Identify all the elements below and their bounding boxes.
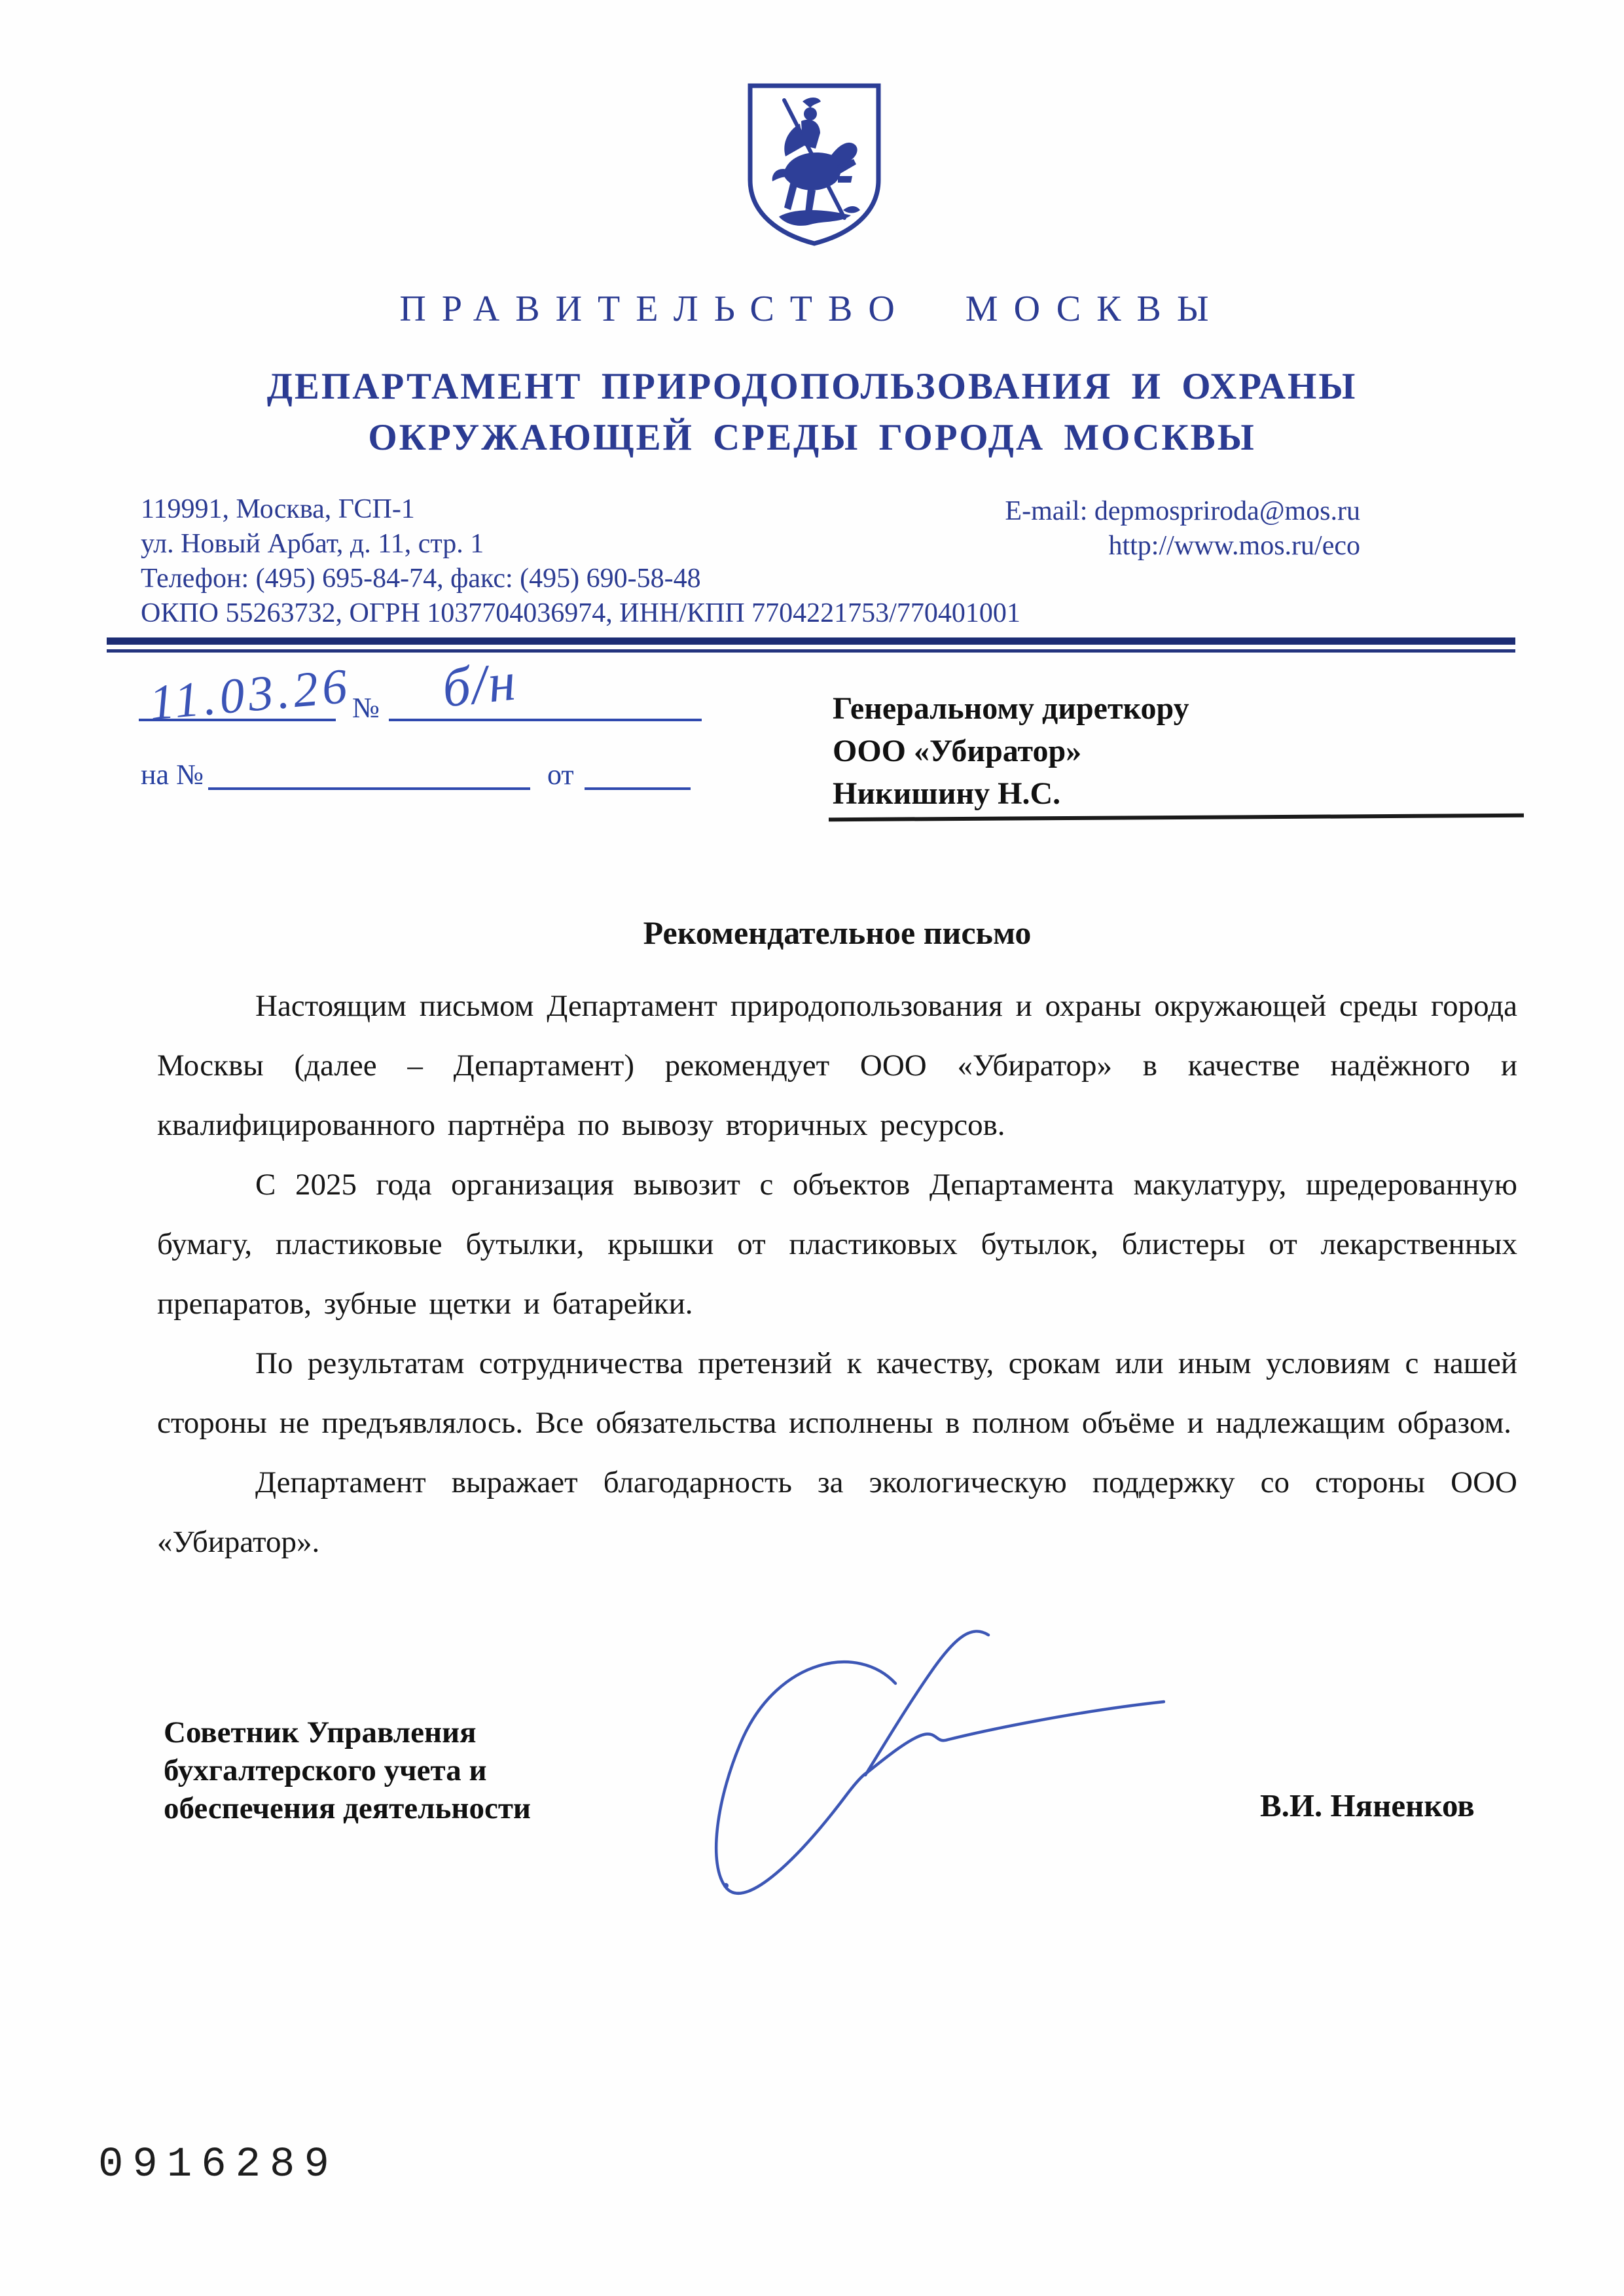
paragraph-2: С 2025 года организация вывозит с объект… <box>157 1155 1517 1334</box>
address-block: 119991, Москва, ГСП-1 ул. Новый Арбат, д… <box>141 492 1020 631</box>
email-line: E-mail: depmospriroda@mos.ru <box>1005 494 1360 529</box>
number-handwritten: б/н <box>439 649 520 720</box>
handwritten-signature <box>681 1597 1165 2003</box>
addressee-company: ООО «Убиратор» <box>833 730 1189 772</box>
separator-thick-rule <box>107 637 1515 645</box>
separator-thin-rule <box>107 649 1515 653</box>
contact-block: E-mail: depmospriroda@mos.ru http://www.… <box>1005 494 1360 564</box>
addressee-block: Генеральному диреткору ООО «Убиратор» Ни… <box>833 687 1189 815</box>
scanned-letter-page: ПРАВИТЕЛЬСТВО МОСКВЫ ДЕПАРТАМЕНТ ПРИРОДО… <box>0 0 1624 2296</box>
paragraph-3: По результатам сотрудничества претензий … <box>157 1334 1517 1453</box>
signatory-position-line1: Советник Управления <box>164 1713 531 1751</box>
moscow-coat-of-arms-icon <box>745 81 884 247</box>
paragraph-1: Настоящим письмом Департамент природопол… <box>157 977 1517 1155</box>
address-line-phone: Телефон: (495) 695-84-74, факс: (495) 69… <box>141 562 1020 596</box>
letter-body: Настоящим письмом Департамент природопол… <box>157 977 1517 1572</box>
address-line-street: ул. Новый Арбат, д. 11, стр. 1 <box>141 527 1020 562</box>
department-title-line2: ОКРУЖАЮЩЕЙ СРЕДЫ ГОРОДА МОСКВЫ <box>0 412 1624 463</box>
website-line: http://www.mos.ru/eco <box>1005 529 1360 564</box>
department-title-line1: ДЕПАРТАМЕНТ ПРИРОДОПОЛЬЗОВАНИЯ И ОХРАНЫ <box>0 361 1624 412</box>
reply-date-underline <box>585 787 691 790</box>
reply-number-underline <box>208 787 530 790</box>
address-line-postal: 119991, Москва, ГСП-1 <box>141 492 1020 527</box>
reply-number-label: на № <box>141 758 204 791</box>
number-underline <box>389 719 702 721</box>
number-label: № <box>352 691 380 725</box>
addressee-position: Генеральному диреткору <box>833 687 1189 730</box>
addressee-person: Никишину Н.С. <box>833 772 1189 815</box>
paragraph-4: Департамент выражает благодарность за эк… <box>157 1453 1517 1572</box>
department-title: ДЕПАРТАМЕНТ ПРИРОДОПОЛЬЗОВАНИЯ И ОХРАНЫ … <box>0 361 1624 463</box>
address-line-codes: ОКПО 55263732, ОГРН 1037704036974, ИНН/К… <box>141 596 1020 631</box>
signatory-position-line3: обеспечения деятельности <box>164 1789 531 1827</box>
date-underline <box>139 719 336 721</box>
signatory-name: В.И. Няненков <box>1260 1787 1475 1824</box>
reply-date-label: от <box>547 758 574 791</box>
government-title: ПРАВИТЕЛЬСТВО МОСКВЫ <box>0 288 1624 330</box>
signatory-position-line2: бухгалтерского учета и <box>164 1751 531 1789</box>
footer-document-number: 0916289 <box>98 2142 338 2189</box>
signatory-position: Советник Управления бухгалтерского учета… <box>164 1713 531 1827</box>
letter-title: Рекомендательное письмо <box>157 914 1517 952</box>
